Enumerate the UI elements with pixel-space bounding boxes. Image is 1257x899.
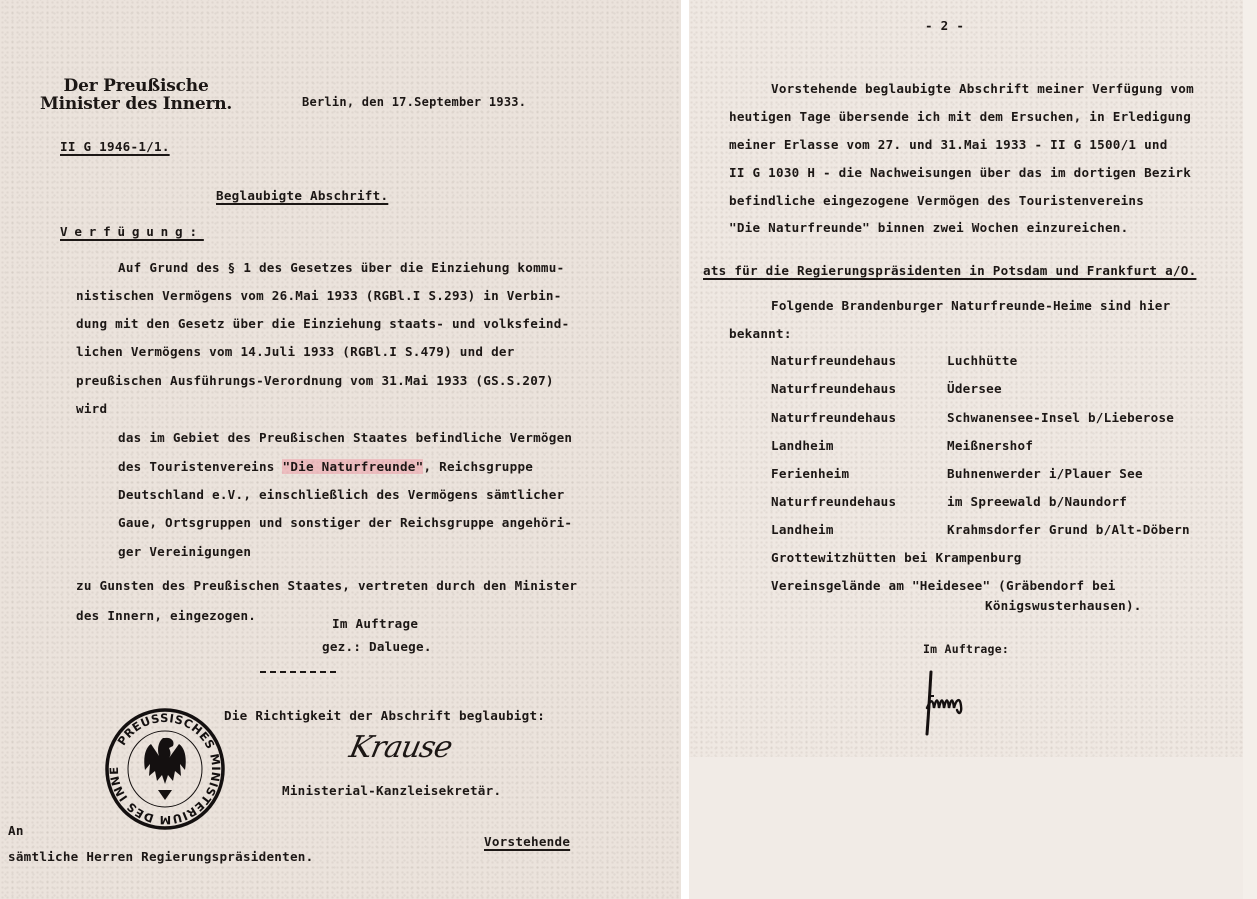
text-line: das im Gebiet des Preußischen Staates be…: [118, 432, 572, 445]
text-line: II G 1030 H - die Nachweisungen über das…: [729, 167, 1191, 180]
highlighted-name: "Die Naturfreunde": [282, 459, 423, 474]
home-location: Meißnershof: [947, 440, 1033, 453]
text-line: Folgende Brandenburger Naturfreunde-Heim…: [771, 300, 1170, 313]
home-extra: Königswusterhausen).: [985, 600, 1142, 613]
letterhead-line-2: Minister des Innern.: [40, 94, 232, 114]
text-line: ger Vereinigungen: [118, 546, 251, 559]
by-order-label: Im Auftrage: [332, 618, 418, 631]
home-location: Luchhütte: [947, 355, 1018, 368]
text-line: Gaue, Ortsgruppen und sonstiger der Reic…: [118, 517, 572, 530]
home-type: Naturfreundehaus: [771, 383, 896, 396]
home-location: Üdersee: [947, 383, 1002, 396]
home-location: im Spreewald b/Naundorf: [947, 496, 1127, 509]
home-type: Landheim: [771, 524, 834, 537]
signature-daluege-icon: [921, 668, 1001, 744]
text-line: lichen Vermögens vom 14.Juli 1933 (RGBl.…: [76, 346, 515, 359]
by-order-label: Im Auftrage:: [923, 644, 1009, 656]
signature-krause: Krause: [346, 730, 455, 765]
continuation-word: Vorstehende: [484, 836, 570, 849]
text-line: des Innern, eingezogen.: [76, 610, 256, 623]
home-type: Naturfreundehaus: [771, 496, 896, 509]
text-line: Vorstehende beglaubigte Abschrift meiner…: [771, 83, 1194, 96]
page-edge: [1243, 0, 1257, 899]
text-line: befindliche eingezogene Vermögen des Tou…: [729, 195, 1144, 208]
text-line: wird: [76, 403, 107, 416]
text-line: bekannt:: [729, 328, 792, 341]
text-line: "Die Naturfreunde" binnen zwei Wochen ei…: [729, 222, 1128, 235]
addressee-prefix: An: [8, 825, 24, 838]
text-line: meiner Erlasse vom 27. und 31.Mai 1933 -…: [729, 139, 1168, 152]
official-seal-icon: PREUSSISCHES MINISTERIUM DES INNERN: [104, 708, 226, 830]
text-line: Deutschland e.V., einschließlich des Ver…: [118, 489, 564, 502]
text-line: heutigen Tage übersende ich mit dem Ersu…: [729, 111, 1191, 124]
separator-line: [260, 671, 336, 673]
document-page-1: Der Preußische Minister des Innern. Berl…: [0, 0, 681, 899]
home-extra: Grottewitzhütten bei Krampenburg: [771, 552, 1022, 565]
document-page-2: - 2 - Vorstehende beglaubigte Abschrift …: [689, 0, 1257, 899]
place-date: Berlin, den 17.September 1933.: [302, 96, 526, 108]
page-number: - 2 -: [925, 20, 964, 33]
text-span: des Touristenvereins: [118, 459, 282, 474]
text-line: Auf Grund des § 1 des Gesetzes über die …: [118, 262, 564, 275]
text-line: preußischen Ausführungs-Verordnung vom 3…: [76, 375, 554, 388]
home-extra: Vereinsgelände am "Heidesee" (Gräbendorf…: [771, 580, 1116, 593]
addendum-heading: ats für die Regierungspräsidenten in Pot…: [703, 265, 1196, 278]
home-type: Naturfreundehaus: [771, 412, 896, 425]
letterhead: Der Preußische Minister des Innern.: [40, 78, 232, 114]
text-line: dung mit den Gesetz über die Einziehung …: [76, 318, 569, 331]
blurred-lower-area: [689, 757, 1257, 899]
text-line: zu Gunsten des Preußischen Staates, vert…: [76, 580, 577, 593]
home-type: Landheim: [771, 440, 834, 453]
signer-title: Ministerial-Kanzleisekretär.: [282, 785, 501, 798]
document-heading: Beglaubigte Abschrift.: [216, 190, 388, 203]
home-type: Ferienheim: [771, 468, 849, 481]
home-type: Naturfreundehaus: [771, 355, 896, 368]
addressee: sämtliche Herren Regierungspräsidenten.: [8, 851, 313, 864]
order-label: Verfügung:: [60, 226, 204, 239]
home-location: Buhnenwerder i/Plauer See: [947, 468, 1143, 481]
text-line: nistischen Vermögens vom 26.Mai 1933 (RG…: [76, 290, 562, 303]
signed-by: gez.: Daluege.: [322, 641, 432, 654]
text-span: , Reichsgruppe: [423, 459, 533, 474]
text-line: des Touristenvereins "Die Naturfreunde",…: [118, 461, 533, 474]
home-location: Schwanensee-Insel b/Lieberose: [947, 412, 1174, 425]
certification-text: Die Richtigkeit der Abschrift beglaubigt…: [224, 710, 545, 723]
reference-number: II G 1946-1/1.: [60, 141, 170, 154]
home-location: Krahmsdorfer Grund b/Alt-Döbern: [947, 524, 1190, 537]
